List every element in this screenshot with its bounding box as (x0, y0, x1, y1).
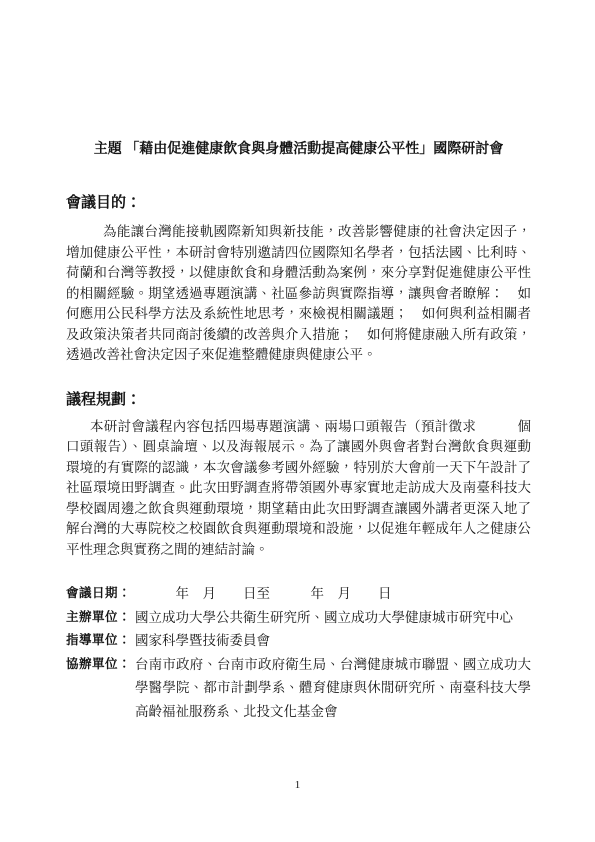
document-page: 主題 「藉由促進健康飲食與身體活動提高健康公平性」國際研討會 會議目的： 為能讓… (0, 0, 595, 842)
detail-row-date: 會議日期： 年 月 日至 年 月 日 (66, 582, 531, 606)
document-title: 主題 「藉由促進健康飲食與身體活動提高健康公平性」國際研討會 (66, 140, 531, 160)
conference-details: 會議日期： 年 月 日至 年 月 日 主辦單位： 國立成功大學公共衛生研究所、國… (66, 582, 531, 723)
purpose-heading: 會議目的： (66, 193, 531, 214)
agenda-heading: 議程規劃： (66, 390, 531, 411)
organizer-label: 主辦單位： (66, 606, 131, 630)
organizer-value: 國立成功大學公共衛生研究所、國立成功大學健康城市研究中心 (131, 606, 531, 630)
co-organizer-value: 台南市政府、台南市政府衛生局、台灣健康城市聯盟、國立成功大學醫學院、都市計劃學系… (131, 653, 531, 724)
detail-row-advisor: 指導單位： 國家科學暨技術委員會 (66, 629, 531, 653)
detail-row-organizer: 主辦單位： 國立成功大學公共衛生研究所、國立成功大學健康城市研究中心 (66, 606, 531, 630)
detail-row-co-organizer: 協辦單位： 台南市政府、台南市政府衛生局、台灣健康城市聯盟、國立成功大學醫學院、… (66, 653, 531, 724)
page-number: 1 (0, 778, 595, 792)
advisor-value: 國家科學暨技術委員會 (131, 629, 531, 653)
agenda-paragraph: 本研討會議程內容包括四場專題演講、兩場口頭報告（預計徵求 個口頭報告）、圓桌論壇… (66, 417, 531, 561)
advisor-label: 指導單位： (66, 629, 131, 653)
co-organizer-label: 協辦單位： (66, 653, 131, 677)
date-label: 會議日期： (66, 582, 131, 606)
purpose-paragraph: 為能讓台灣能接軌國際新知與新技能，改善影響健康的社會決定因子，增加健康公平性，本… (66, 222, 531, 366)
date-value: 年 月 日至 年 月 日 (131, 582, 531, 606)
